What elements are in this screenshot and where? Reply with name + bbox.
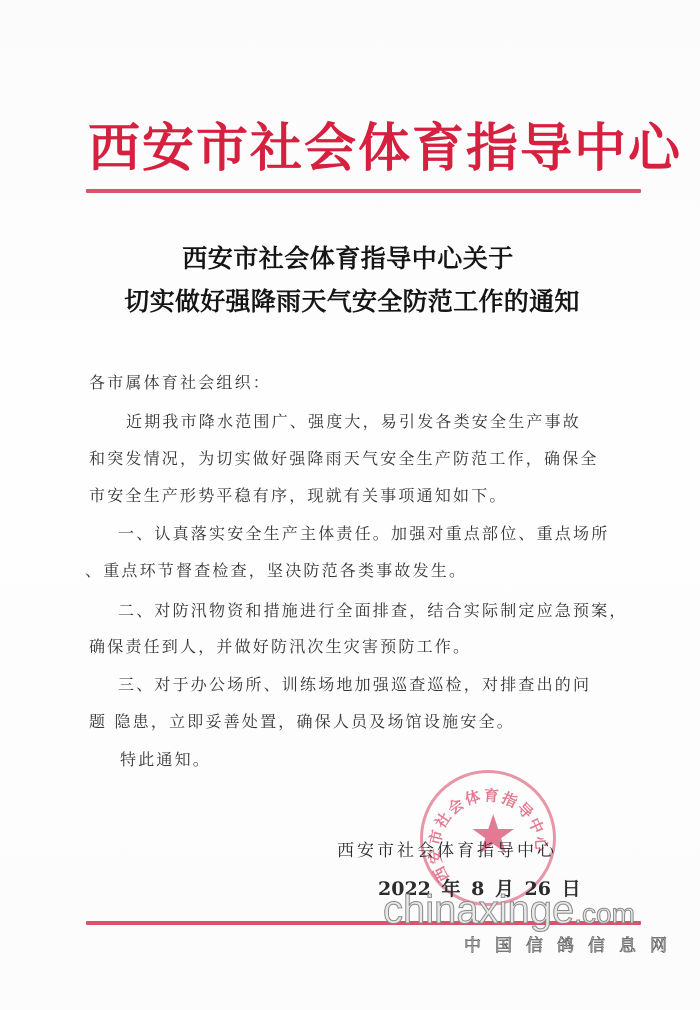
watermark-site-name: 中国信鸽信息网	[464, 931, 681, 956]
paragraph-line: 一、认真落实安全生产主体责任。加强对重点部位、重点场所	[118, 521, 609, 544]
notice-title-line-1: 西安市社会体育指导中心关于	[0, 239, 698, 275]
notice-title-line-2: 切实做好强降雨天气安全防范工作的通知	[2, 282, 700, 318]
paragraph-line: 市安全生产形势平稳有序，现就有关事项通知如下。	[89, 483, 508, 506]
signature-organization: 西安市社会体育指导中心	[337, 836, 557, 861]
letterhead-title: 西安市社会体育指导中心	[88, 114, 658, 184]
paragraph-line: 三、对于办公场所、训练场地加强巡查巡检，对排查出的问	[118, 672, 591, 695]
paragraph-line: 题 隐患，立即妥善处置，确保人员及场馆设施安全。	[89, 709, 515, 732]
watermark-domain: chinaxinge.com	[383, 888, 635, 936]
paragraph-line: 、重点环节督查检查，坚决防范各类事故发生。	[85, 558, 467, 581]
paragraph-line: 二、对防汛物资和措施进行全面排查，结合实际制定应急预案，	[118, 598, 628, 621]
paragraph-line: 近期我市降水范围广、强度大，易引发各类安全生产事故	[126, 409, 581, 432]
paragraph-line: 和突发情况，为切实做好强降雨天气安全生产防范工作，确保全	[89, 446, 599, 469]
watermark-domain-tld: .com	[574, 898, 635, 929]
closing-line: 特此通知。	[120, 747, 211, 770]
paragraph-line: 确保责任到人，并做好防汛次生灾害预防工作。	[89, 634, 471, 657]
watermark-domain-main: chinaxinge	[383, 888, 574, 932]
salutation: 各市属体育社会组织：	[89, 370, 271, 393]
letterhead-divider	[86, 189, 641, 193]
